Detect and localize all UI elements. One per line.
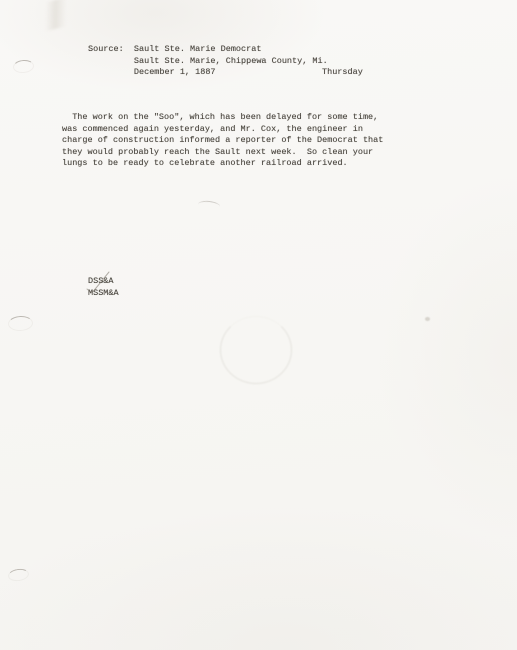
citation-source-line: Source: Sault Ste. Marie Democrat	[88, 44, 328, 56]
pencil-arc-mark-lower	[7, 568, 29, 583]
scan-smudge-middle	[198, 200, 221, 211]
scan-smudge-top	[18, 0, 97, 37]
article-line: charge of construction informed a report…	[62, 135, 383, 147]
article-line: The work on the "Soo", which has been de…	[62, 112, 383, 124]
ghost-circle-impression	[220, 316, 292, 384]
article-paragraph: The work on the "Soo", which has been de…	[62, 112, 383, 170]
pencil-checkmark-icon	[84, 268, 114, 298]
scan-speck	[425, 317, 430, 321]
article-line: lungs to be ready to celebrate another r…	[62, 158, 383, 170]
source-citation-block: Source: Sault Ste. Marie Democrat Sault …	[88, 44, 328, 79]
article-line: was commenced again yesterday, and Mr. C…	[62, 124, 383, 136]
article-line: they would probably reach the Sault next…	[62, 147, 383, 159]
pencil-arc-mark-upper	[12, 59, 34, 74]
citation-location-line: Sault Ste. Marie, Chippewa County, Mi.	[88, 56, 328, 68]
citation-date: December 1, 1887	[88, 67, 216, 77]
citation-day-of-week: Thursday	[322, 67, 363, 79]
scanned-document-page: Source: Sault Ste. Marie Democrat Sault …	[0, 0, 517, 650]
citation-date-line: December 1, 1887Thursday	[88, 67, 328, 79]
pencil-arc-mark-middle	[8, 315, 34, 331]
